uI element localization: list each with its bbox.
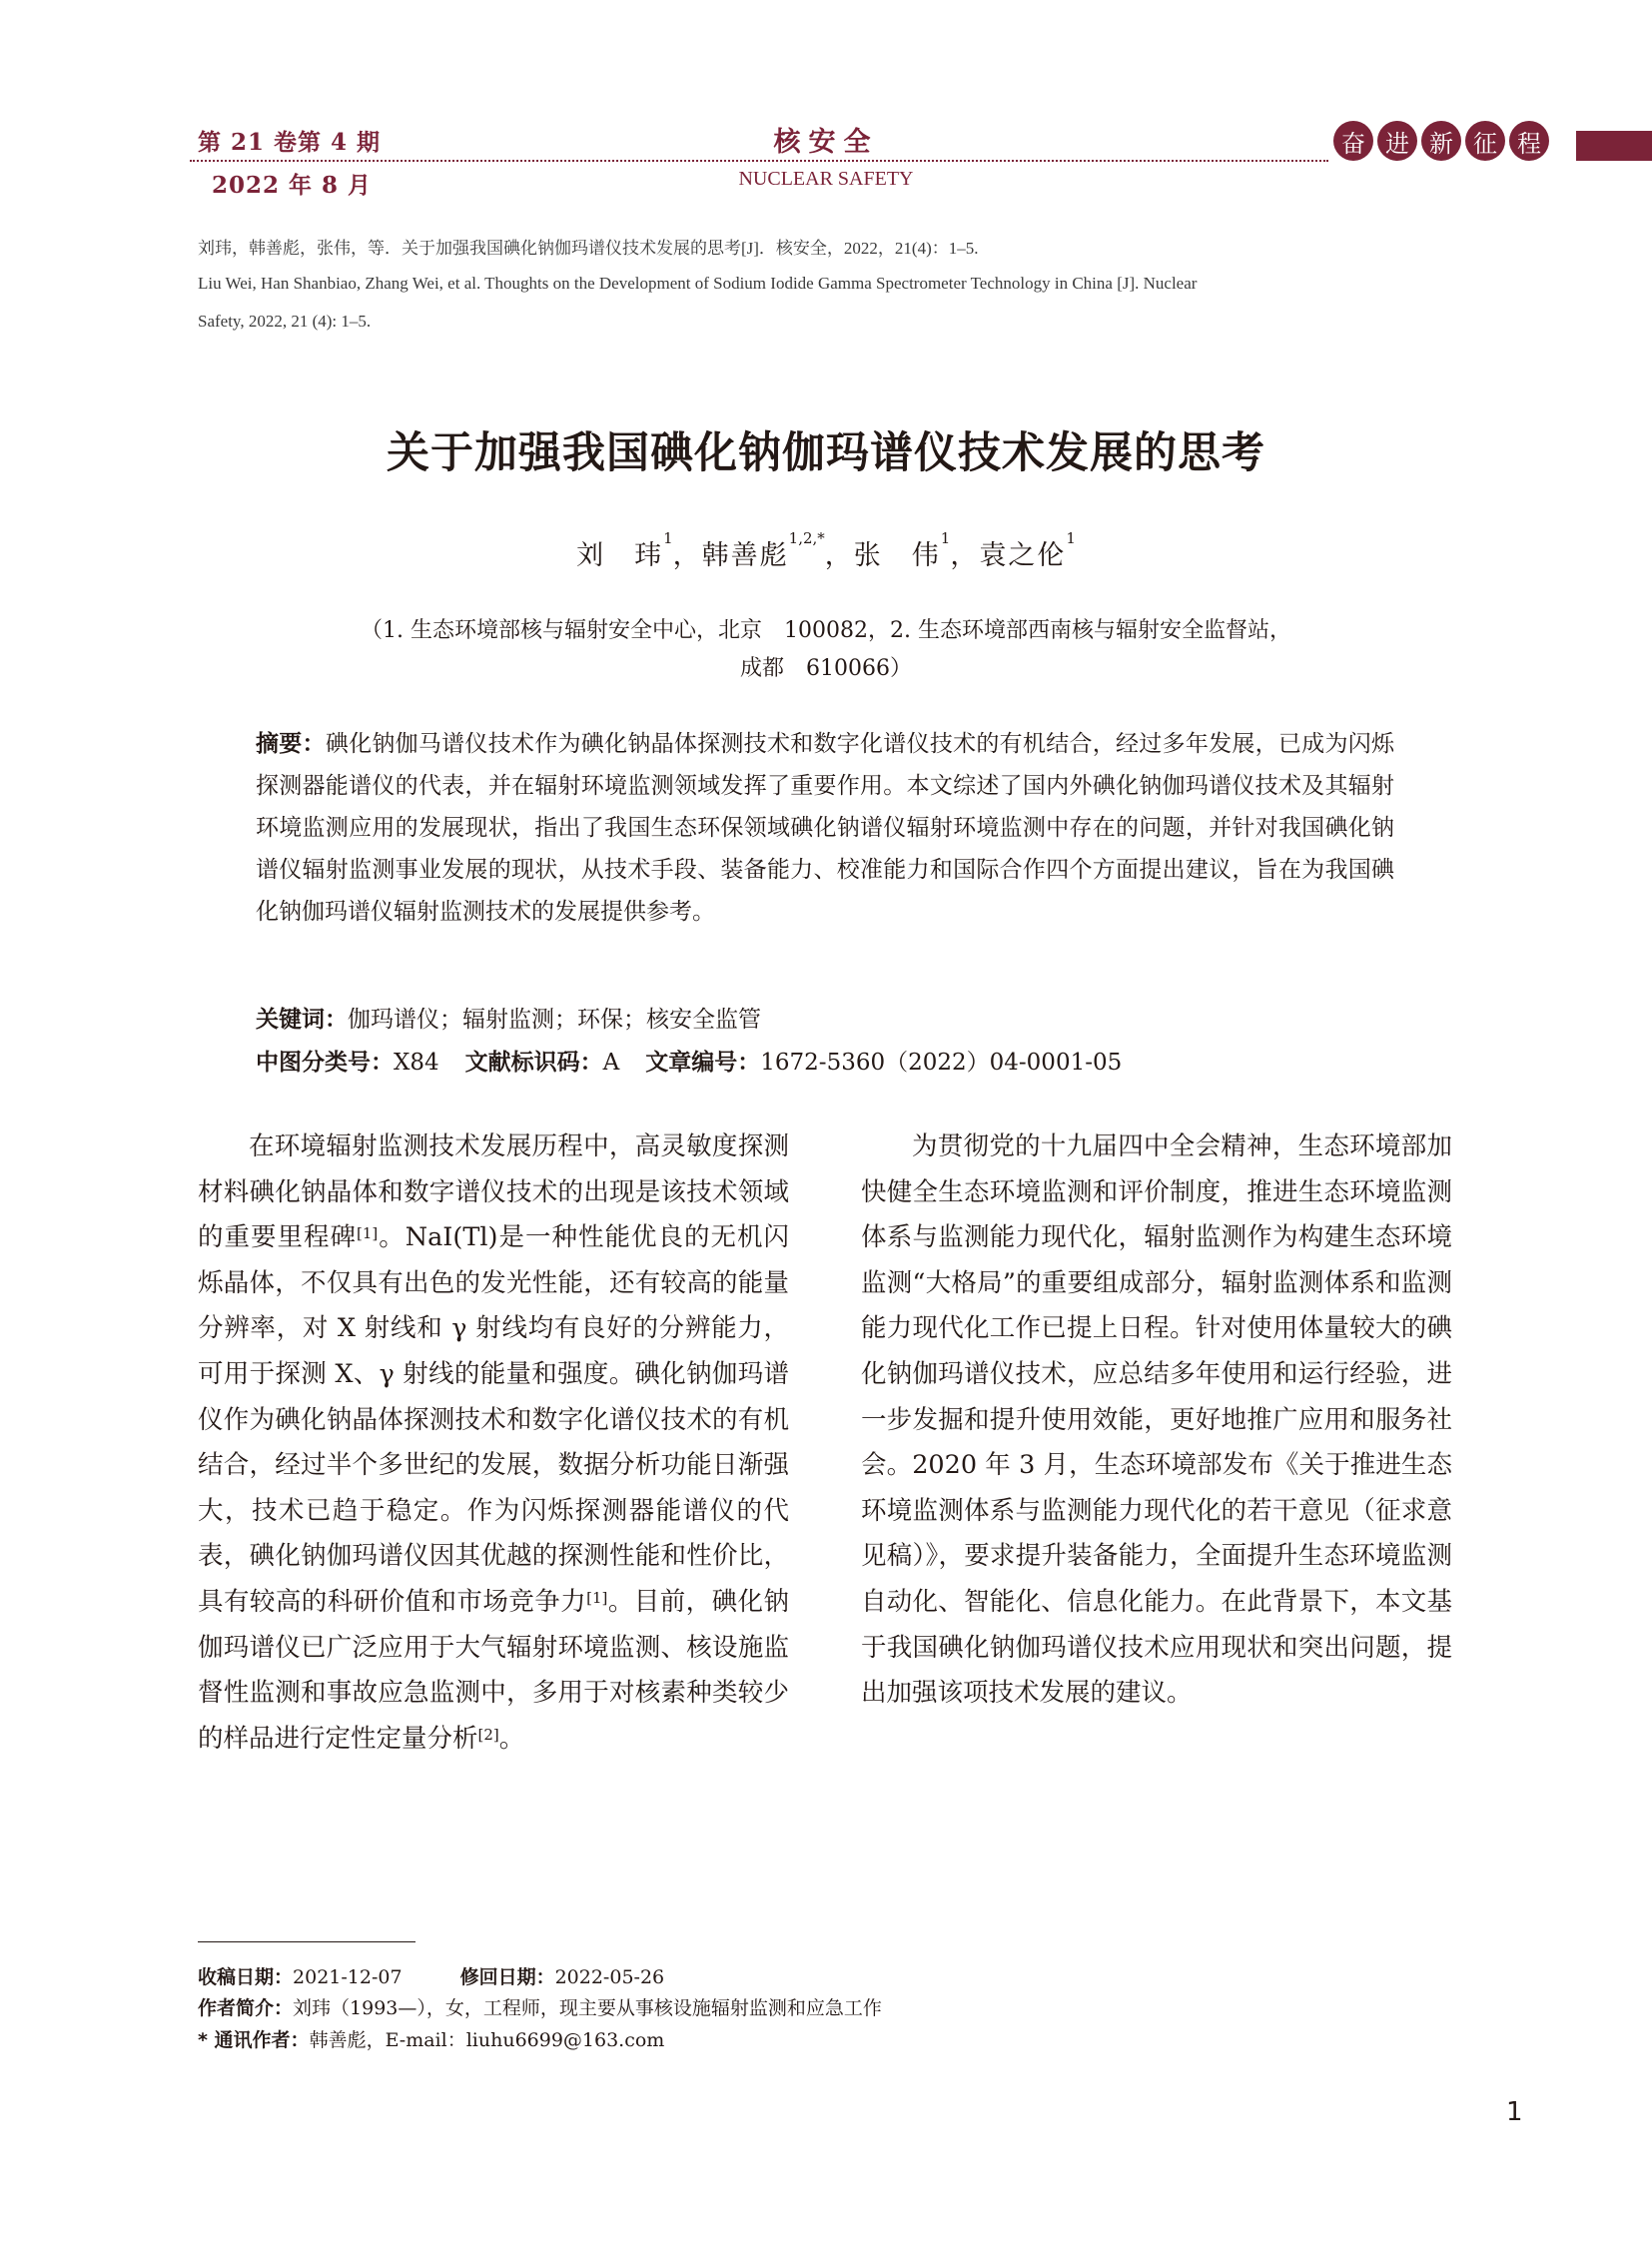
article-no-value: 1672-5360（2022）04-0001-05: [760, 1050, 1122, 1076]
abstract-label: 摘要：: [256, 731, 326, 757]
keywords-label: 关键词：: [256, 1007, 348, 1033]
footnote-corresponding: * 通讯作者：韩善彪，E-mail：liuhu6699@163.com: [198, 2025, 664, 2052]
abstract: 摘要：碘化钠伽马谱仪技术作为碘化钠晶体探测技术和数字化谱仪技术的有机结合，经过多…: [256, 723, 1394, 933]
author-affil-mark: 1: [663, 529, 673, 547]
doc-code-value: A: [603, 1050, 620, 1076]
author-affil-mark: 1: [1066, 529, 1076, 547]
citation-en-cont: Safety, 2022, 21 (4): 1–5.: [198, 312, 371, 332]
author-affil-mark: 1,2,*: [789, 529, 825, 547]
reference-mark[interactable]: [1]: [357, 1224, 378, 1242]
slogan-bar: [1576, 131, 1652, 161]
author-name: 袁之伦: [979, 540, 1066, 571]
page-number: 1: [1506, 2097, 1523, 2127]
bio-text: 刘玮（1993—），女，工程师，现主要从事核设施辐射监测和应急工作: [293, 1997, 882, 2019]
footnote-rule: [198, 1941, 415, 1942]
slogan-char: 进: [1377, 121, 1417, 161]
slogan-char: 征: [1465, 121, 1505, 161]
affiliations-cont: 成都 610066）: [0, 651, 1652, 682]
keywords: 关键词：伽玛谱仪；辐射监测；环保；核安全监管: [256, 999, 1394, 1041]
slogan-char: 程: [1509, 121, 1549, 161]
slogan-badge: 奋 进 新 征 程: [1333, 121, 1549, 161]
doc-code-label: 文献标识码：: [465, 1050, 603, 1076]
slogan-char: 奋: [1333, 121, 1373, 161]
header-dotted-rule: [190, 160, 1328, 162]
keywords-text: 伽玛谱仪；辐射监测；环保；核安全监管: [348, 1007, 761, 1033]
clc-value: X84: [394, 1050, 439, 1076]
revised-date: 2022-05-26: [555, 1966, 665, 1988]
slogan-char: 新: [1421, 121, 1461, 161]
footnote-dates: 收稿日期：2021-12-07修回日期：2022-05-26: [198, 1962, 664, 1989]
bio-label: 作者简介：: [198, 1997, 293, 2019]
body-text: 。NaI(Tl)是一种性能优良的无机闪烁晶体，不仅具有出色的发光性能，还有较高的…: [198, 1222, 789, 1617]
body-column-right: 为贯彻党的十九届四中全会精神，生态环境部加快健全生态环境监测和评价制度，推进生态…: [861, 1124, 1452, 1717]
received-date: 2021-12-07: [293, 1966, 403, 1988]
clc-label: 中图分类号：: [256, 1050, 394, 1076]
corr-text[interactable]: 韩善彪，E-mail：liuhu6699@163.com: [310, 2029, 665, 2051]
citation-en: Liu Wei, Han Shanbiao, Zhang Wei, et al.…: [198, 274, 1197, 294]
footnote-author-bio: 作者简介：刘玮（1993—），女，工程师，现主要从事核设施辐射监测和应急工作: [198, 1993, 882, 2020]
body-paragraph: 为贯彻党的十九届四中全会精神，生态环境部加快健全生态环境监测和评价制度，推进生态…: [861, 1124, 1452, 1717]
author-separator: ，: [673, 540, 702, 571]
author-name: 韩善彪: [702, 540, 789, 571]
affiliations: （1. 生态环境部核与辐射安全中心，北京 100082，2. 生态环境部西南核与…: [0, 613, 1652, 644]
classification-line: 中图分类号：X84文献标识码：A文章编号：1672-5360（2022）04-0…: [256, 1042, 1394, 1084]
author-separator: ，: [950, 540, 979, 571]
received-label: 收稿日期：: [198, 1966, 293, 1988]
author-name: 刘 玮: [576, 540, 663, 571]
reference-mark[interactable]: [1]: [586, 1589, 607, 1607]
author-separator: ，: [825, 540, 854, 571]
citation-cn: 刘玮，韩善彪，张伟，等．关于加强我国碘化钠伽玛谱仪技术发展的思考[J]．核安全，…: [198, 234, 979, 259]
abstract-text: 碘化钠伽马谱仪技术作为碘化钠晶体探测技术和数字化谱仪技术的有机结合，经过多年发展…: [256, 731, 1394, 925]
journal-name-en: NUCLEAR SAFETY: [0, 168, 1652, 191]
author-name: 张 伟: [854, 540, 941, 571]
author-affil-mark: 1: [941, 529, 951, 547]
article-no-label: 文章编号：: [645, 1050, 760, 1076]
body-paragraph: 在环境辐射监测技术发展历程中，高灵敏度探测材料碘化钠晶体和数字谱仪技术的出现是该…: [198, 1124, 789, 1762]
revised-label: 修回日期：: [460, 1966, 555, 1988]
article-title: 关于加强我国碘化钠伽玛谱仪技术发展的思考: [0, 419, 1652, 480]
body-text: 。: [499, 1724, 525, 1754]
corr-label: * 通讯作者：: [198, 2029, 310, 2051]
author-list: 刘 玮1，韩善彪1,2,*，张 伟1，袁之伦1: [0, 533, 1652, 572]
body-column-left: 在环境辐射监测技术发展历程中，高灵敏度探测材料碘化钠晶体和数字谱仪技术的出现是该…: [198, 1124, 789, 1762]
reference-mark[interactable]: [2]: [478, 1726, 499, 1744]
